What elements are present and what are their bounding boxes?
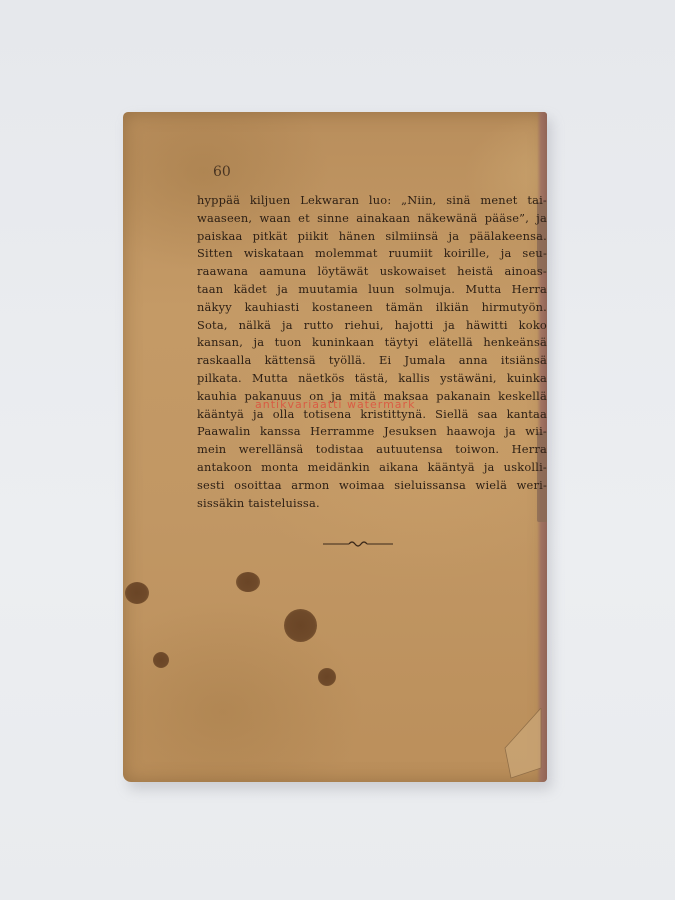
text-line: waaseen, waan et sinne ainakaan näkewänä… (197, 210, 547, 228)
ornament-flourish-icon (323, 540, 393, 548)
water-stain (125, 582, 149, 604)
text-line: mein werellänsä todistaa autuutensa toiw… (197, 441, 547, 459)
watermark: antikvariaatti watermark (255, 398, 415, 411)
text-line: Sitten wiskataan molemmat ruumiit koiril… (197, 245, 547, 263)
water-stain (318, 668, 336, 686)
text-line: Paawalin kanssa Herramme Jesuksen haawoj… (197, 423, 547, 441)
text-line: Sota, nälkä ja rutto riehui, hajotti ja … (197, 317, 547, 335)
text-line: hyppää kiljuen Lekwaran luo: „Niin, sinä… (197, 192, 547, 210)
water-stain (153, 652, 169, 668)
text-line: taan kädet ja muutamia luun solmuja. Mut… (197, 281, 547, 299)
text-line: paiskaa pitkät piikit hänen silmiinsä ja… (197, 228, 547, 246)
text-line: antakoon monta meidänkin aikana kääntyä … (197, 459, 547, 477)
page-number: 60 (213, 164, 231, 180)
text-line: sissäkin taisteluissa. (197, 495, 547, 513)
water-stain (284, 609, 317, 642)
text-line: sesti osoittaa armon woimaa sieluissansa… (197, 477, 547, 495)
text-line: kansan, ja tuon kuninkaan täytyi elätell… (197, 334, 547, 352)
text-line: näkyy kauhiasti kostaneen tämän ilkiän h… (197, 299, 547, 317)
body-text: hyppää kiljuen Lekwaran luo: „Niin, sinä… (197, 192, 547, 512)
folded-corner (503, 708, 543, 780)
book-page: 60 hyppää kiljuen Lekwaran luo: „Niin, s… (123, 112, 547, 782)
text-line: raskaalla kättensä työllä. Ei Jumala ann… (197, 352, 547, 370)
text-line: raawana aamuna löytäwät uskowaiset heist… (197, 263, 547, 281)
water-stain (236, 572, 260, 592)
text-line: pilkata. Mutta näetkös tästä, kallis yst… (197, 370, 547, 388)
